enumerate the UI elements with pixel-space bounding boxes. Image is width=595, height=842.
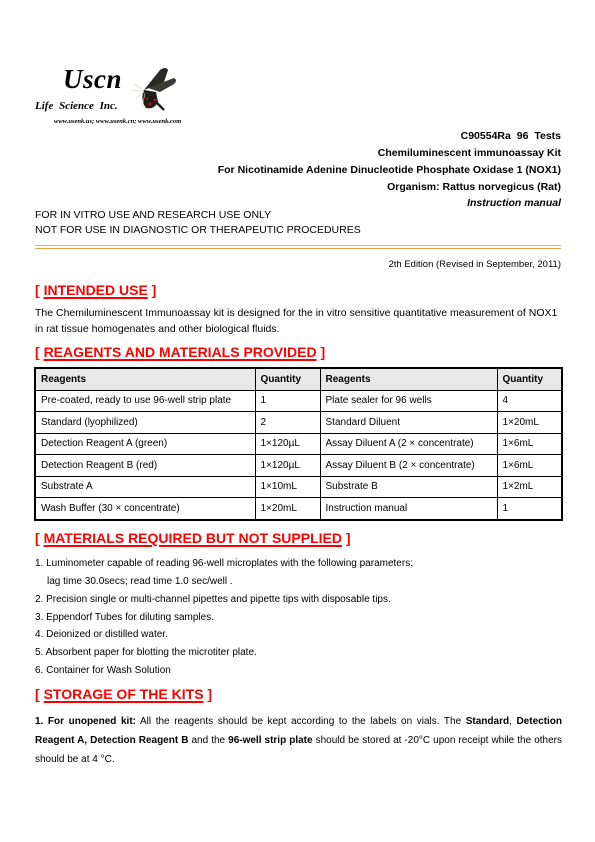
reagent-quantity: 1×20mL xyxy=(497,412,562,434)
heading-materials-required: [ MATERIALS REQUIRED BUT NOT SUPPLIED ] xyxy=(35,530,351,546)
table-row: Substrate A 1×10mL Substrate B 1×2mL xyxy=(35,476,562,498)
divider-orange xyxy=(35,248,561,249)
heading-reagents: [ REAGENTS AND MATERIALS PROVIDED ] xyxy=(35,344,325,360)
column-header: Quantity xyxy=(497,368,562,390)
edition: 2th Edition (Revised in September, 2011) xyxy=(388,259,561,271)
reagent-name: Detection Reagent B (red) xyxy=(35,455,255,477)
reagent-quantity: 1×10mL xyxy=(255,476,320,498)
reagent-quantity: 2 xyxy=(255,412,320,434)
reagent-name: Assay Diluent B (2 × concentrate) xyxy=(320,455,497,477)
table-row: Pre-coated, ready to use 96-well strip p… xyxy=(35,390,562,412)
table-row: Wash Buffer (30 × concentrate) 1×20mL In… xyxy=(35,498,562,520)
column-header: Reagents xyxy=(35,368,255,390)
logo-brand: Uscn xyxy=(63,66,122,93)
list-item: 3. Eppendorf Tubes for diluting samples. xyxy=(35,611,214,624)
kit-type: Chemiluminescent immunoassay Kit xyxy=(378,147,561,160)
storage-emphasis: 96-well strip plate xyxy=(228,735,312,746)
notice-research-use: FOR IN VITRO USE AND RESEARCH USE ONLY xyxy=(35,209,271,222)
catalog-number: C90554Ra 96 Tests xyxy=(461,130,561,143)
list-item: 1. Luminometer capable of reading 96-wel… xyxy=(35,557,413,570)
list-item: 2. Precision single or multi-channel pip… xyxy=(35,593,391,606)
intended-use-body: The Chemiluminescent Immunoassay kit is … xyxy=(35,305,562,337)
heading-storage: [ STORAGE OF THE KITS ] xyxy=(35,686,212,702)
table-header-row: Reagents Quantity Reagents Quantity xyxy=(35,368,562,390)
column-header: Reagents xyxy=(320,368,497,390)
storage-lead: 1. For unopened kit: xyxy=(35,716,136,727)
heading-text: INTENDED USE xyxy=(44,282,148,298)
reagent-quantity: 1×6mL xyxy=(497,455,562,477)
butterfly-icon xyxy=(120,64,180,114)
reagent-name: Plate sealer for 96 wells xyxy=(320,390,497,412)
organism: Organism: Rattus norvegicus (Rat) xyxy=(387,181,561,194)
column-header: Quantity xyxy=(255,368,320,390)
list-item-continuation: lag time 30.0secs; read time 1.0 sec/wel… xyxy=(47,575,233,588)
list-item: 6. Container for Wash Solution xyxy=(35,664,171,677)
notice-not-diagnostic: NOT FOR USE IN DIAGNOSTIC OR THERAPEUTIC… xyxy=(35,224,361,237)
list-item: 4. Deionized or distilled water. xyxy=(35,628,168,641)
logo-subtitle: Life Science Inc. xyxy=(35,100,118,112)
reagent-quantity: 1×20mL xyxy=(255,498,320,520)
reagent-name: Substrate B xyxy=(320,476,497,498)
reagent-quantity: 1 xyxy=(497,498,562,520)
storage-unopened-paragraph: 1. For unopened kit: All the reagents sh… xyxy=(35,712,562,769)
logo-urls: www.usenk.us; www.usenk.cn; www.usenk.co… xyxy=(54,118,181,126)
list-item: 5. Absorbent paper for blotting the micr… xyxy=(35,646,257,659)
reagent-quantity: 1×120µL xyxy=(255,433,320,455)
heading-text: REAGENTS AND MATERIALS PROVIDED xyxy=(44,344,317,360)
reagent-name: Pre-coated, ready to use 96-well strip p… xyxy=(35,390,255,412)
reagent-quantity: 1×2mL xyxy=(497,476,562,498)
reagent-name: Substrate A xyxy=(35,476,255,498)
storage-text: and the xyxy=(188,735,228,746)
heading-text: MATERIALS REQUIRED BUT NOT SUPPLIED xyxy=(44,530,342,546)
kit-target: For Nicotinamide Adenine Dinucleotide Ph… xyxy=(218,164,561,177)
reagent-quantity: 1×120µL xyxy=(255,455,320,477)
reagent-name: Wash Buffer (30 × concentrate) xyxy=(35,498,255,520)
reagent-quantity: 1 xyxy=(255,390,320,412)
reagent-name: Standard (lyophilized) xyxy=(35,412,255,434)
reagent-quantity: 4 xyxy=(497,390,562,412)
table-row: Standard (lyophilized) 2 Standard Diluen… xyxy=(35,412,562,434)
reagent-name: Instruction manual xyxy=(320,498,497,520)
reagent-name: Detection Reagent A (green) xyxy=(35,433,255,455)
table-row: Detection Reagent A (green) 1×120µL Assa… xyxy=(35,433,562,455)
heading-intended-use: [ INTENDED USE ] xyxy=(35,282,156,298)
storage-text: All the reagents should be kept accordin… xyxy=(136,716,466,727)
reagents-table: Reagents Quantity Reagents Quantity Pre-… xyxy=(34,367,563,521)
doc-type: Instruction manual xyxy=(467,197,561,210)
reagent-name: Assay Diluent A (2 × concentrate) xyxy=(320,433,497,455)
reagent-name: Standard Diluent xyxy=(320,412,497,434)
reagent-quantity: 1×6mL xyxy=(497,433,562,455)
table-row: Detection Reagent B (red) 1×120µL Assay … xyxy=(35,455,562,477)
divider-gold xyxy=(35,245,561,246)
heading-text: STORAGE OF THE KITS xyxy=(44,686,204,702)
storage-emphasis: Standard xyxy=(466,716,509,727)
